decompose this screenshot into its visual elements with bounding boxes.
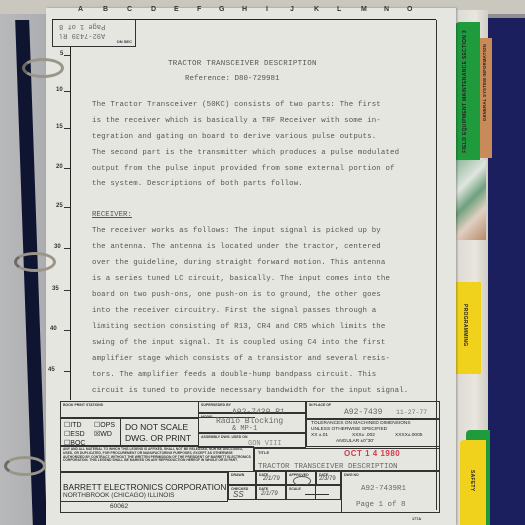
row-tick bbox=[64, 371, 70, 372]
tolerances-line2: UNLESS OTHERWISE SPECIFIED bbox=[311, 427, 387, 432]
tab-programming[interactable]: PROGRAMMING bbox=[453, 282, 481, 374]
tolerance-xxxx: XXXX±.0005 bbox=[395, 433, 422, 438]
receiver-line: the antenna. The antenna is located unde… bbox=[92, 243, 381, 251]
row-tick bbox=[64, 168, 70, 169]
column-letter: F bbox=[197, 6, 201, 13]
column-letter: M bbox=[361, 6, 367, 13]
column-letter: C bbox=[127, 6, 132, 13]
column-letter: E bbox=[174, 6, 179, 13]
receiver-line: into the receiver circuitry. First the s… bbox=[92, 307, 376, 315]
binder-ring bbox=[22, 58, 64, 78]
checkbox-itd[interactable]: ☐ITD bbox=[64, 421, 82, 429]
receiver-heading: RECEIVER: bbox=[92, 211, 132, 219]
date2-value: 2/1/79 bbox=[261, 491, 278, 497]
page-count: Page 1 of 8 bbox=[356, 501, 406, 509]
stamp-small-text: ON SEC bbox=[117, 39, 132, 44]
tab-safety[interactable]: SAFETY bbox=[460, 440, 486, 525]
receiver-line: is a series tuned LC circuit, basically.… bbox=[92, 275, 390, 283]
receiver-line: circuit is tuned to provide necessary ba… bbox=[92, 387, 408, 395]
label: MODEL bbox=[201, 415, 214, 419]
scale-cell-wide: SCALE bbox=[286, 485, 341, 500]
checkbox-label: ITD bbox=[70, 422, 81, 429]
company-city: NORTHBROOK (CHICAGO) ILLINOIS bbox=[63, 492, 174, 499]
checked-value: SS bbox=[233, 490, 244, 499]
corner-page-stamp: Page 1 of 8 A92-7439 Rl ON SEC bbox=[52, 20, 136, 47]
frame-left-line bbox=[70, 40, 71, 400]
intro-line: output from the pulse input provided fro… bbox=[92, 165, 395, 173]
row-tick bbox=[64, 290, 70, 291]
scale-value-line bbox=[305, 494, 329, 495]
do-not-scale-line1: DO NOT SCALE bbox=[125, 422, 188, 432]
row-tick bbox=[64, 207, 70, 208]
receiver-line: swing of the input signal. It is coupled… bbox=[92, 339, 385, 347]
in-place-of-date: 11-27-77 bbox=[396, 409, 427, 416]
label: IN PLACE OF bbox=[309, 403, 331, 407]
date3-value: 2/3/79 bbox=[319, 476, 336, 482]
column-letter: G bbox=[219, 6, 224, 13]
company-name: BARRETT ELECTRONICS CORPORATION bbox=[63, 482, 226, 492]
date1-value: 2/1/79 bbox=[263, 476, 280, 482]
tolerance-xxx: XXX± .002 bbox=[352, 433, 375, 438]
document-title: TRACTOR TRANSCEIVER DESCRIPTION bbox=[168, 60, 317, 68]
receiver-line: The receiver works as follows: The input… bbox=[92, 227, 381, 235]
binder-ring bbox=[4, 456, 46, 476]
tab-label: PROGRAMMING bbox=[462, 304, 468, 346]
document-reference: Reference: D80-729981 bbox=[185, 75, 280, 83]
form-number: 177A bbox=[412, 517, 421, 521]
do-not-scale-line2: DWG. OR PRINT bbox=[125, 433, 191, 443]
label: ASSEMBLY DWG. USED ON bbox=[201, 435, 247, 439]
intro-line: The Tractor Transceiver (50KC) consists … bbox=[92, 101, 381, 109]
row-tick bbox=[64, 248, 70, 249]
intro-line: the system. Descriptions of both parts f… bbox=[92, 180, 303, 188]
label: DWG NO bbox=[344, 473, 359, 477]
receiver-line: over the guideline, during straight forw… bbox=[92, 259, 385, 267]
checkbox-ops[interactable]: ☐OPS bbox=[94, 421, 115, 429]
tab-field-equipment[interactable]: FIELD EQUIPMENT MAINTENANCE SECTION 3 bbox=[454, 22, 480, 162]
intro-line: The second part is the transmitter which… bbox=[92, 149, 399, 157]
row-tick bbox=[64, 91, 70, 92]
drawn-cell: DRAWN bbox=[228, 471, 256, 485]
book-print-stations-cell: BOOK PRINT STATIONS bbox=[60, 401, 200, 418]
intro-line: tegration and gating on board to derive … bbox=[92, 133, 376, 141]
label: SCALE bbox=[289, 487, 301, 491]
receiver-line: tors. The amplifier feeds a double-hump … bbox=[92, 371, 376, 379]
column-letters: A B C D E F G H I J K L M N O bbox=[76, 6, 416, 18]
dwg-no-value: A92-7439R1 bbox=[361, 485, 406, 493]
label: BOOK PRINT STATIONS bbox=[63, 403, 103, 407]
binder-ring bbox=[14, 252, 56, 272]
company-zip: 60062 bbox=[110, 503, 128, 510]
tolerance-xx: XX ±.01 bbox=[311, 433, 328, 438]
checkbox-wd[interactable]: ☒WD bbox=[94, 430, 112, 438]
checkbox-label: ESD bbox=[70, 431, 84, 438]
stamp-page: Page 1 of 8 bbox=[59, 22, 105, 30]
row-number: 35 bbox=[52, 286, 59, 292]
row-number: 15 bbox=[56, 124, 63, 130]
tolerance-angular: ANGULAR ±0°30' bbox=[336, 439, 374, 444]
receiver-line: board on two push-ons, one push-on is to… bbox=[92, 291, 381, 299]
model-value-line2: & MP-1 bbox=[232, 425, 257, 433]
label: DRAWN bbox=[231, 473, 244, 477]
column-letter: A bbox=[78, 6, 83, 13]
row-number: 40 bbox=[50, 326, 57, 332]
tab-foil-divider[interactable] bbox=[456, 160, 486, 240]
date2-cell: DATE 2/1/79 bbox=[256, 485, 286, 500]
checkbox-label: OPS bbox=[100, 422, 115, 429]
column-letter: B bbox=[103, 6, 108, 13]
tab-general-system[interactable]: GENERAL SYSTEM INFORMATION bbox=[480, 38, 492, 158]
row-tick bbox=[64, 128, 70, 129]
label: TITLE bbox=[258, 450, 269, 455]
approved-cell: APPROVED bbox=[286, 471, 316, 485]
column-letter: D bbox=[151, 6, 156, 13]
in-place-of-value: A92-7439 bbox=[344, 408, 382, 417]
intro-line: is the receiver which is basically a TRF… bbox=[92, 117, 381, 125]
checkbox-label: WD bbox=[100, 431, 112, 438]
row-number: 10 bbox=[56, 87, 63, 93]
column-letter: K bbox=[314, 6, 319, 13]
column-letter: J bbox=[290, 6, 294, 13]
column-letter: I bbox=[266, 6, 268, 13]
date3-cell: DATE 2/3/79 bbox=[316, 471, 341, 485]
stamp-dwg: A92-7439 Rl bbox=[59, 31, 105, 39]
tolerances-line1: TOLERANCES ON MACHINED DIMENSIONS bbox=[311, 421, 411, 426]
row-number: 45 bbox=[48, 367, 55, 373]
row-number: 20 bbox=[56, 164, 63, 170]
receiver-line: limiting section consisting of R13, CR4 … bbox=[92, 323, 385, 331]
label: SUPERSEDED BY bbox=[201, 403, 231, 407]
receiver-line: amplifier stage which consists of a tran… bbox=[92, 355, 390, 363]
row-number: 5 bbox=[60, 51, 63, 57]
title-value: TRACTOR TRANSCEIVER DESCRIPTION bbox=[258, 463, 398, 471]
date1-cell: DATE 2/1/79 bbox=[256, 471, 286, 485]
tab-label: GENERAL SYSTEM INFORMATION bbox=[482, 44, 487, 121]
row-tick bbox=[64, 55, 70, 56]
legal-notice-cell: ANY AND ALL MATERIAL TO WHICH THIS LEGEN… bbox=[60, 446, 254, 472]
row-number: 30 bbox=[54, 244, 61, 250]
column-letter: H bbox=[242, 6, 247, 13]
checked-cell: CHECKED SS bbox=[228, 485, 256, 500]
column-letter: O bbox=[407, 6, 412, 13]
column-letter: L bbox=[337, 6, 341, 13]
row-tick bbox=[64, 330, 70, 331]
checkbox-esd[interactable]: ☐ESD bbox=[64, 430, 85, 438]
tab-label: FIELD EQUIPMENT MAINTENANCE SECTION 3 bbox=[462, 30, 468, 153]
binder-cover bbox=[488, 18, 525, 525]
column-letter: N bbox=[384, 6, 389, 13]
tab-label: SAFETY bbox=[469, 470, 475, 492]
legal-notice: ANY AND ALL MATERIAL TO WHICH THIS LEGEN… bbox=[63, 448, 251, 463]
row-number: 25 bbox=[56, 203, 63, 209]
